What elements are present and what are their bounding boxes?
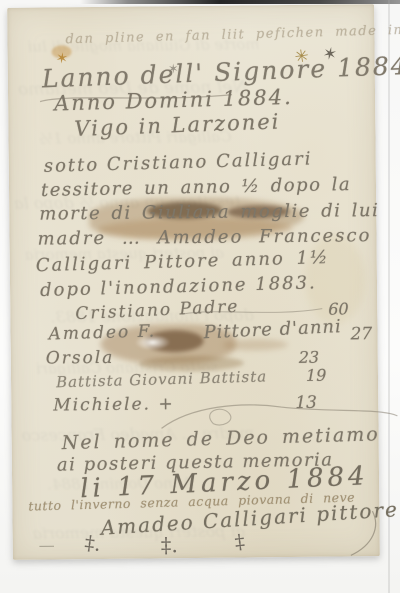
underline-flourish	[36, 90, 236, 106]
signature-tail-flourish	[342, 509, 383, 559]
leader-flourish	[180, 305, 325, 319]
list-row-age: 19	[306, 366, 327, 385]
paragraph-line: sotto Cristiano Calligari	[44, 148, 313, 176]
list-row-name: Amadeo F.	[48, 321, 156, 344]
cross-mark: ‡.	[161, 533, 178, 557]
paragraph-line: dopo l'inondazione 1883.	[40, 272, 317, 301]
scan-edge-shadow	[0, 0, 400, 4]
photo-background: morte di Giuliana moglie di lui Nel nome…	[0, 0, 400, 593]
cross-mark: ‡.	[83, 530, 102, 556]
dash-mark: —	[39, 535, 55, 554]
list-row-age: 27	[350, 324, 372, 344]
paragraph-line: tessitore un anno ½ dopo la	[41, 174, 352, 201]
paragraph-line: madre … Amadeo Francesco	[37, 225, 371, 249]
paragraph-line: morte di Giuliana moglie di lui	[39, 200, 379, 225]
manuscript-paper: morte di Giuliana moglie di lui Nel nome…	[7, 4, 380, 560]
list-row-age: 23	[299, 348, 320, 367]
list-row-name: Orsola	[46, 348, 115, 369]
